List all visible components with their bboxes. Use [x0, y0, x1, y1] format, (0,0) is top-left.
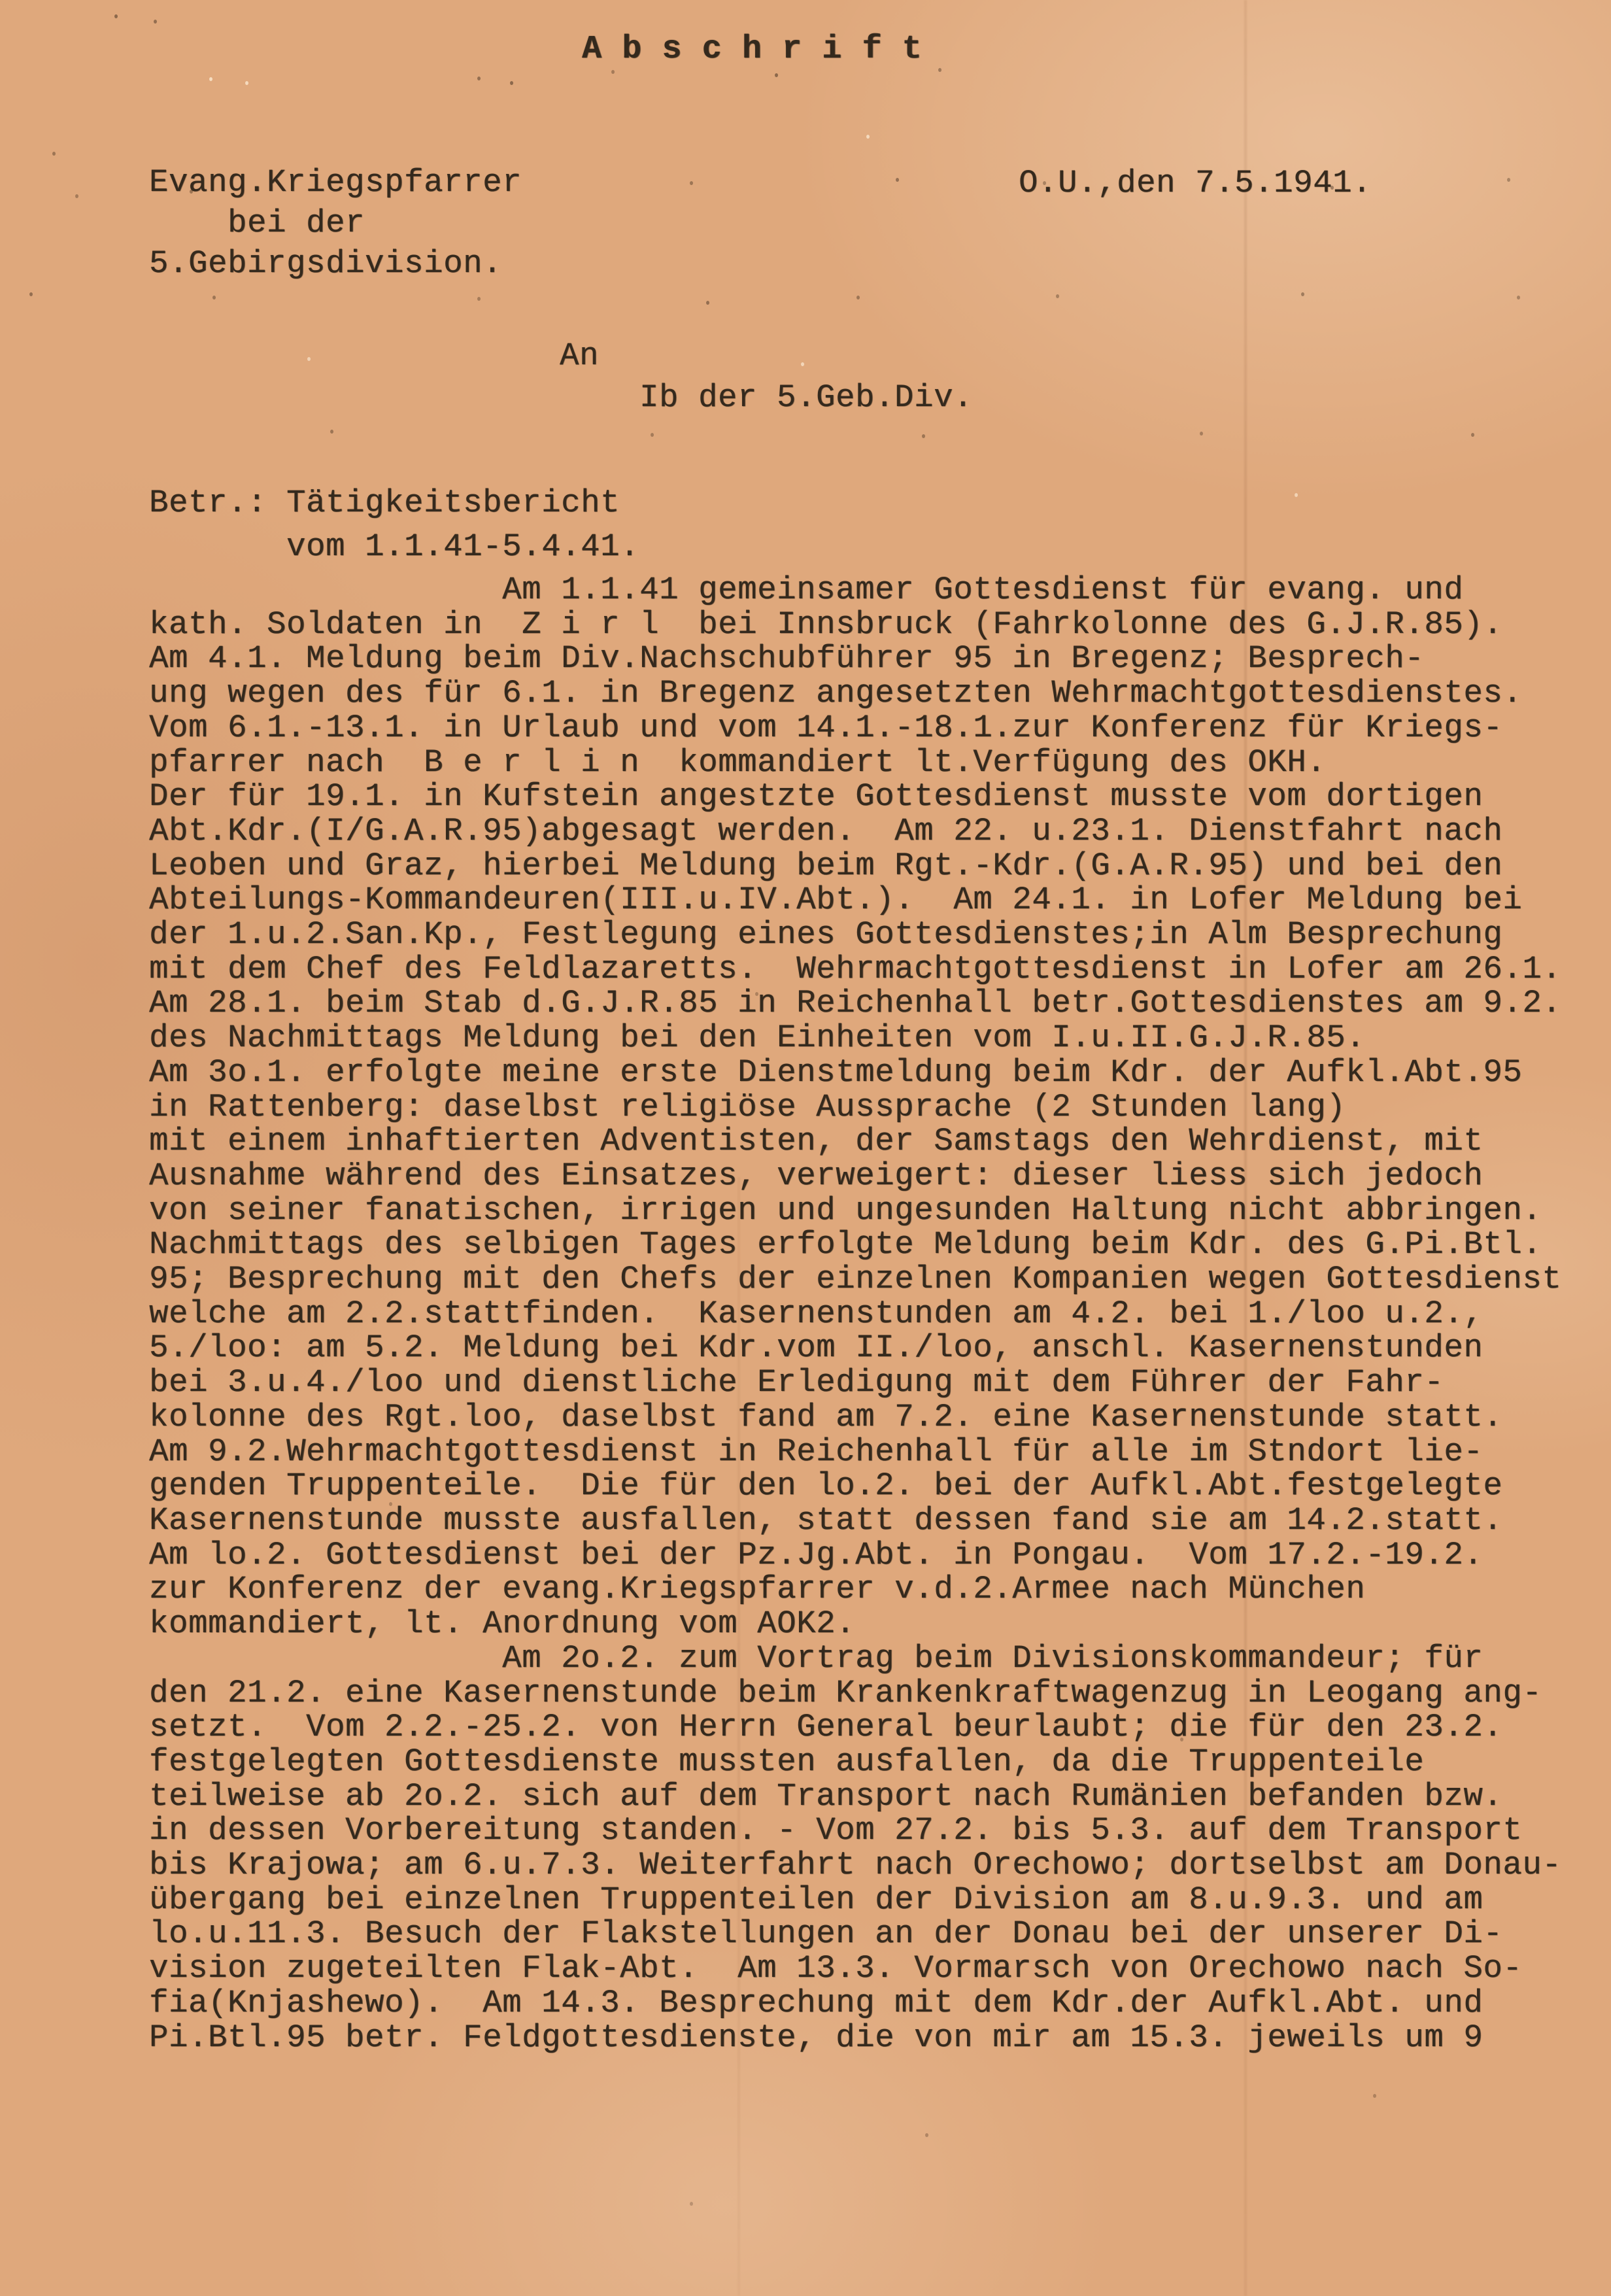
- text-line: bei der: [149, 203, 522, 243]
- text-line: Ausnahme während des Einsatzes, verweige…: [149, 1159, 1561, 1193]
- text-line: Leoben und Graz, hierbei Meldung beim Rg…: [149, 849, 1561, 883]
- body-text: Am 1.1.41 gemeinsamer Gottesdienst für e…: [149, 573, 1561, 2055]
- text-line: von seiner fanatischen, irrigen und unge…: [149, 1193, 1561, 1228]
- subject-block: Betr.: Tätigkeitsbericht vom 1.1.41-5.4.…: [149, 481, 639, 569]
- text-line: teilweise ab 2o.2. sich auf dem Transpor…: [149, 1779, 1561, 1814]
- text-line: zur Konferenz der evang.Kriegspfarrer v.…: [149, 1572, 1561, 1607]
- text-line: Nachmittags des selbigen Tages erfolgte …: [149, 1227, 1561, 1262]
- paper-speckles: [114, 14, 118, 18]
- text-line: Am 4.1. Meldung beim Div.Nachschubführer…: [149, 642, 1561, 676]
- date-line: O.U.,den 7.5.1941.: [1019, 166, 1372, 201]
- text-line: genden Truppenteile. Die für den lo.2. b…: [149, 1469, 1561, 1503]
- recipient-line: Ib der 5.Geb.Div.: [639, 381, 973, 415]
- document-title: A b s c h r i f t: [582, 33, 922, 67]
- text-line: setzt. Vom 2.2.-25.2. von Herrn General …: [149, 1710, 1561, 1745]
- text-line: Vom 6.1.-13.1. in Urlaub und vom 14.1.-1…: [149, 711, 1561, 745]
- text-line: fia(Knjashewo). Am 14.3. Besprechung mit…: [149, 1986, 1561, 2021]
- text-line: den 21.2. eine Kasernenstunde beim Krank…: [149, 1676, 1561, 1711]
- text-line: bei 3.u.4./loo und dienstliche Erledigun…: [149, 1365, 1561, 1400]
- text-line: 95; Besprechung mit den Chefs der einzel…: [149, 1262, 1561, 1297]
- text-line: Am lo.2. Gottesdienst bei der Pz.Jg.Abt.…: [149, 1538, 1561, 1573]
- text-line: Evang.Kriegspfarrer: [149, 162, 522, 203]
- text-line: kommandiert, lt. Anordnung vom AOK2.: [149, 1607, 1561, 1641]
- text-line: Am 1.1.41 gemeinsamer Gottesdienst für e…: [149, 573, 1561, 608]
- text-line: Kasernenstunde musste ausfallen, statt d…: [149, 1503, 1561, 1538]
- paper-speckles-light: [209, 77, 212, 81]
- text-line: des Nachmittags Meldung bei den Einheite…: [149, 1021, 1561, 1055]
- text-line: Abteilungs-Kommandeuren(III.u.IV.Abt.). …: [149, 883, 1561, 917]
- document-page: A b s c h r i f t Evang.Kriegspfarrer be…: [0, 0, 1611, 2296]
- text-line: ung wegen des für 6.1. in Bregenz angese…: [149, 676, 1561, 711]
- text-line: Am 28.1. beim Stab d.G.J.R.85 in Reichen…: [149, 986, 1561, 1021]
- text-line: festgelegten Gottesdienste mussten ausfa…: [149, 1745, 1561, 1779]
- text-line: übergang bei einzelnen Truppenteilen der…: [149, 1883, 1561, 1917]
- text-line: Am 2o.2. zum Vortrag beim Divisionskomma…: [149, 1641, 1561, 1676]
- text-line: mit einem inhaftierten Adventisten, der …: [149, 1124, 1561, 1159]
- text-line: vom 1.1.41-5.4.41.: [149, 525, 639, 569]
- text-line: Am 9.2.Wehrmachtgottesdienst in Reichenh…: [149, 1435, 1561, 1469]
- text-line: Abt.Kdr.(I/G.A.R.95)abgesagt werden. Am …: [149, 814, 1561, 849]
- recipient-an: An: [560, 339, 599, 373]
- text-line: 5.Gebirgsdivision.: [149, 243, 522, 284]
- text-line: in Rattenberg: daselbst religiöse Ausspr…: [149, 1090, 1561, 1125]
- text-line: kath. Soldaten in Z i r l bei Innsbruck …: [149, 608, 1561, 642]
- text-line: welche am 2.2.stattfinden. Kasernenstund…: [149, 1297, 1561, 1331]
- text-line: Am 3o.1. erfolgte meine erste Dienstmeld…: [149, 1055, 1561, 1090]
- text-line: 5./loo: am 5.2. Meldung bei Kdr.vom II./…: [149, 1331, 1561, 1365]
- text-line: kolonne des Rgt.loo, daselbst fand am 7.…: [149, 1400, 1561, 1435]
- text-line: Der für 19.1. in Kufstein angestzte Gott…: [149, 780, 1561, 814]
- text-line: mit dem Chef des Feldlazaretts. Wehrmach…: [149, 952, 1561, 987]
- text-line: in dessen Vorbereitung standen. - Vom 27…: [149, 1813, 1561, 1848]
- text-line: Pi.Btl.95 betr. Feldgottesdienste, die v…: [149, 2021, 1561, 2055]
- text-line: bis Krajowa; am 6.u.7.3. Weiterfahrt nac…: [149, 1848, 1561, 1883]
- text-line: pfarrer nach B e r l i n kommandiert lt.…: [149, 745, 1561, 780]
- text-line: der 1.u.2.San.Kp., Festlegung eines Gott…: [149, 917, 1561, 952]
- text-line: lo.u.11.3. Besuch der Flakstellungen an …: [149, 1917, 1561, 1951]
- text-line: vision zugeteilten Flak-Abt. Am 13.3. Vo…: [149, 1951, 1561, 1986]
- text-line: Betr.: Tätigkeitsbericht: [149, 481, 639, 525]
- sender-block: Evang.Kriegspfarrer bei der5.Gebirgsdivi…: [149, 162, 522, 284]
